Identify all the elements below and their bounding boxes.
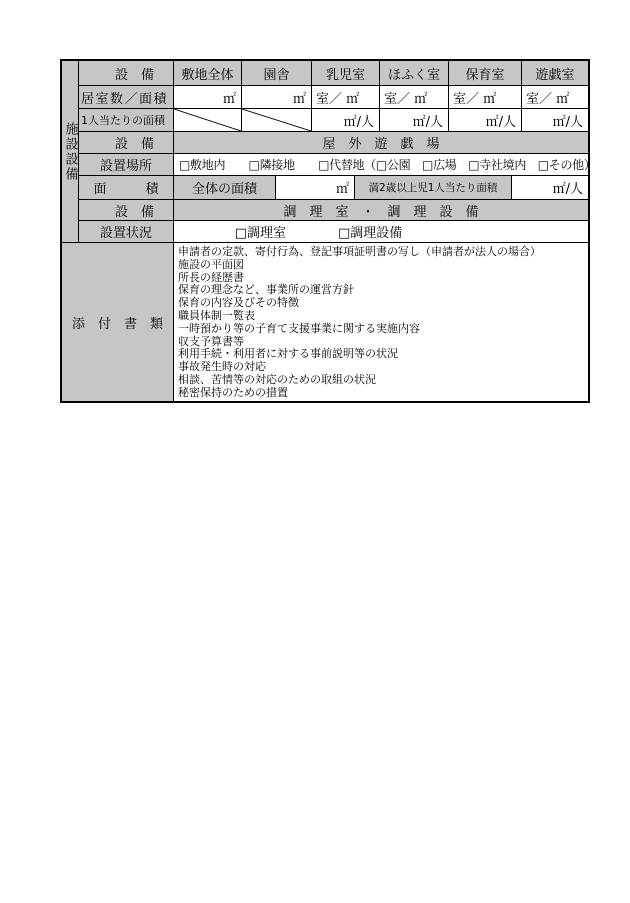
field-building-area: ㎡ [242,86,312,109]
field-total-area: ㎡ [276,176,355,199]
row-label-area-per-person: 1人当たりの面積 [79,109,174,132]
row-label-room-count-area: 居室数／面積 [79,86,174,109]
outdoor-area-subrow: 全体の面積 ㎡ 満2歳以上児1人当たり面積 ㎡/人 [174,176,588,200]
total-area-label: 全体の面積 [174,176,276,199]
field-infant-room-count-area: 室／ ㎡ [312,86,380,109]
field-infant-room-per-person: ㎡/人 [312,109,380,132]
attachment-item: 施設の平面図 [178,259,584,272]
section-label-facility-equipment: 施設設備 [62,61,79,243]
row-label-equipment-3: 設 備 [79,200,174,221]
outdoor-playground-title: 屋 外 遊 戯 場 [174,132,588,154]
col-header-childcare-room: 保育室 [449,61,522,86]
col-header-crawling-room: ほふく室 [380,61,449,86]
field-crawling-room-per-person: ㎡/人 [380,109,449,132]
attachment-item: 一時預かり等の子育て支援事業に関する実施内容 [178,323,584,336]
row-label-installation-status: 設置状況 [79,221,174,243]
attachment-item: 職員体制一覧表 [178,310,584,323]
field-play-room-per-person: ㎡/人 [522,109,588,132]
field-play-room-count-area: 室／ ㎡ [522,86,588,109]
facility-form-table: 施設設備 設 備 敷地全体 園舎 乳児室 ほふく室 保育室 遊戯室 居室数／面積… [60,59,590,403]
field-childcare-room-per-person: ㎡/人 [449,109,522,132]
attachment-item: 申請者の定款、寄付行為、登記事項証明書の写し（申請者が法人の場合） [178,246,584,259]
kitchen-title: 調 理 室 ・ 調 理 設 備 [174,200,588,221]
attached-documents-list: 申請者の定款、寄付行為、登記事項証明書の写し（申請者が法人の場合） 施設の平面図… [174,243,588,401]
per-child-area-label: 満2歳以上児1人当たり面積 [355,176,512,199]
attachment-item: 相談、苦情等の対応のための取組の状況 [178,374,584,387]
col-header-building: 園舎 [242,61,312,86]
field-childcare-room-count-area: 室／ ㎡ [449,86,522,109]
location-checkbox-options: □敷地内 □隣接地 □代替地（□公園 □広場 □寺社境内 □その他） [174,154,588,176]
col-header-site-total: 敷地全体 [174,61,242,86]
row-label-area: 面 積 [79,176,174,200]
cell-site-na-diagonal [174,109,242,132]
field-per-child-area: ㎡/人 [512,176,588,199]
row-label-equipment-2: 設 備 [79,132,174,154]
field-crawling-room-count-area: 室／ ㎡ [380,86,449,109]
row-label-location: 設置場所 [79,154,174,176]
row-label-equipment-1: 設 備 [79,61,174,86]
section-label-attached-documents: 添 付 書 類 [62,243,174,401]
col-header-infant-room: 乳児室 [312,61,380,86]
cell-building-na-diagonal [242,109,312,132]
form-page: { "colors": { "cell_grey": "#c6c6c6", "b… [0,0,630,903]
attachment-item: 秘密保持のための措置 [178,387,584,400]
kitchen-checkbox-options: □調理室 □調理設備 [174,221,588,243]
col-header-play-room: 遊戯室 [522,61,588,86]
field-site-area: ㎡ [174,86,242,109]
